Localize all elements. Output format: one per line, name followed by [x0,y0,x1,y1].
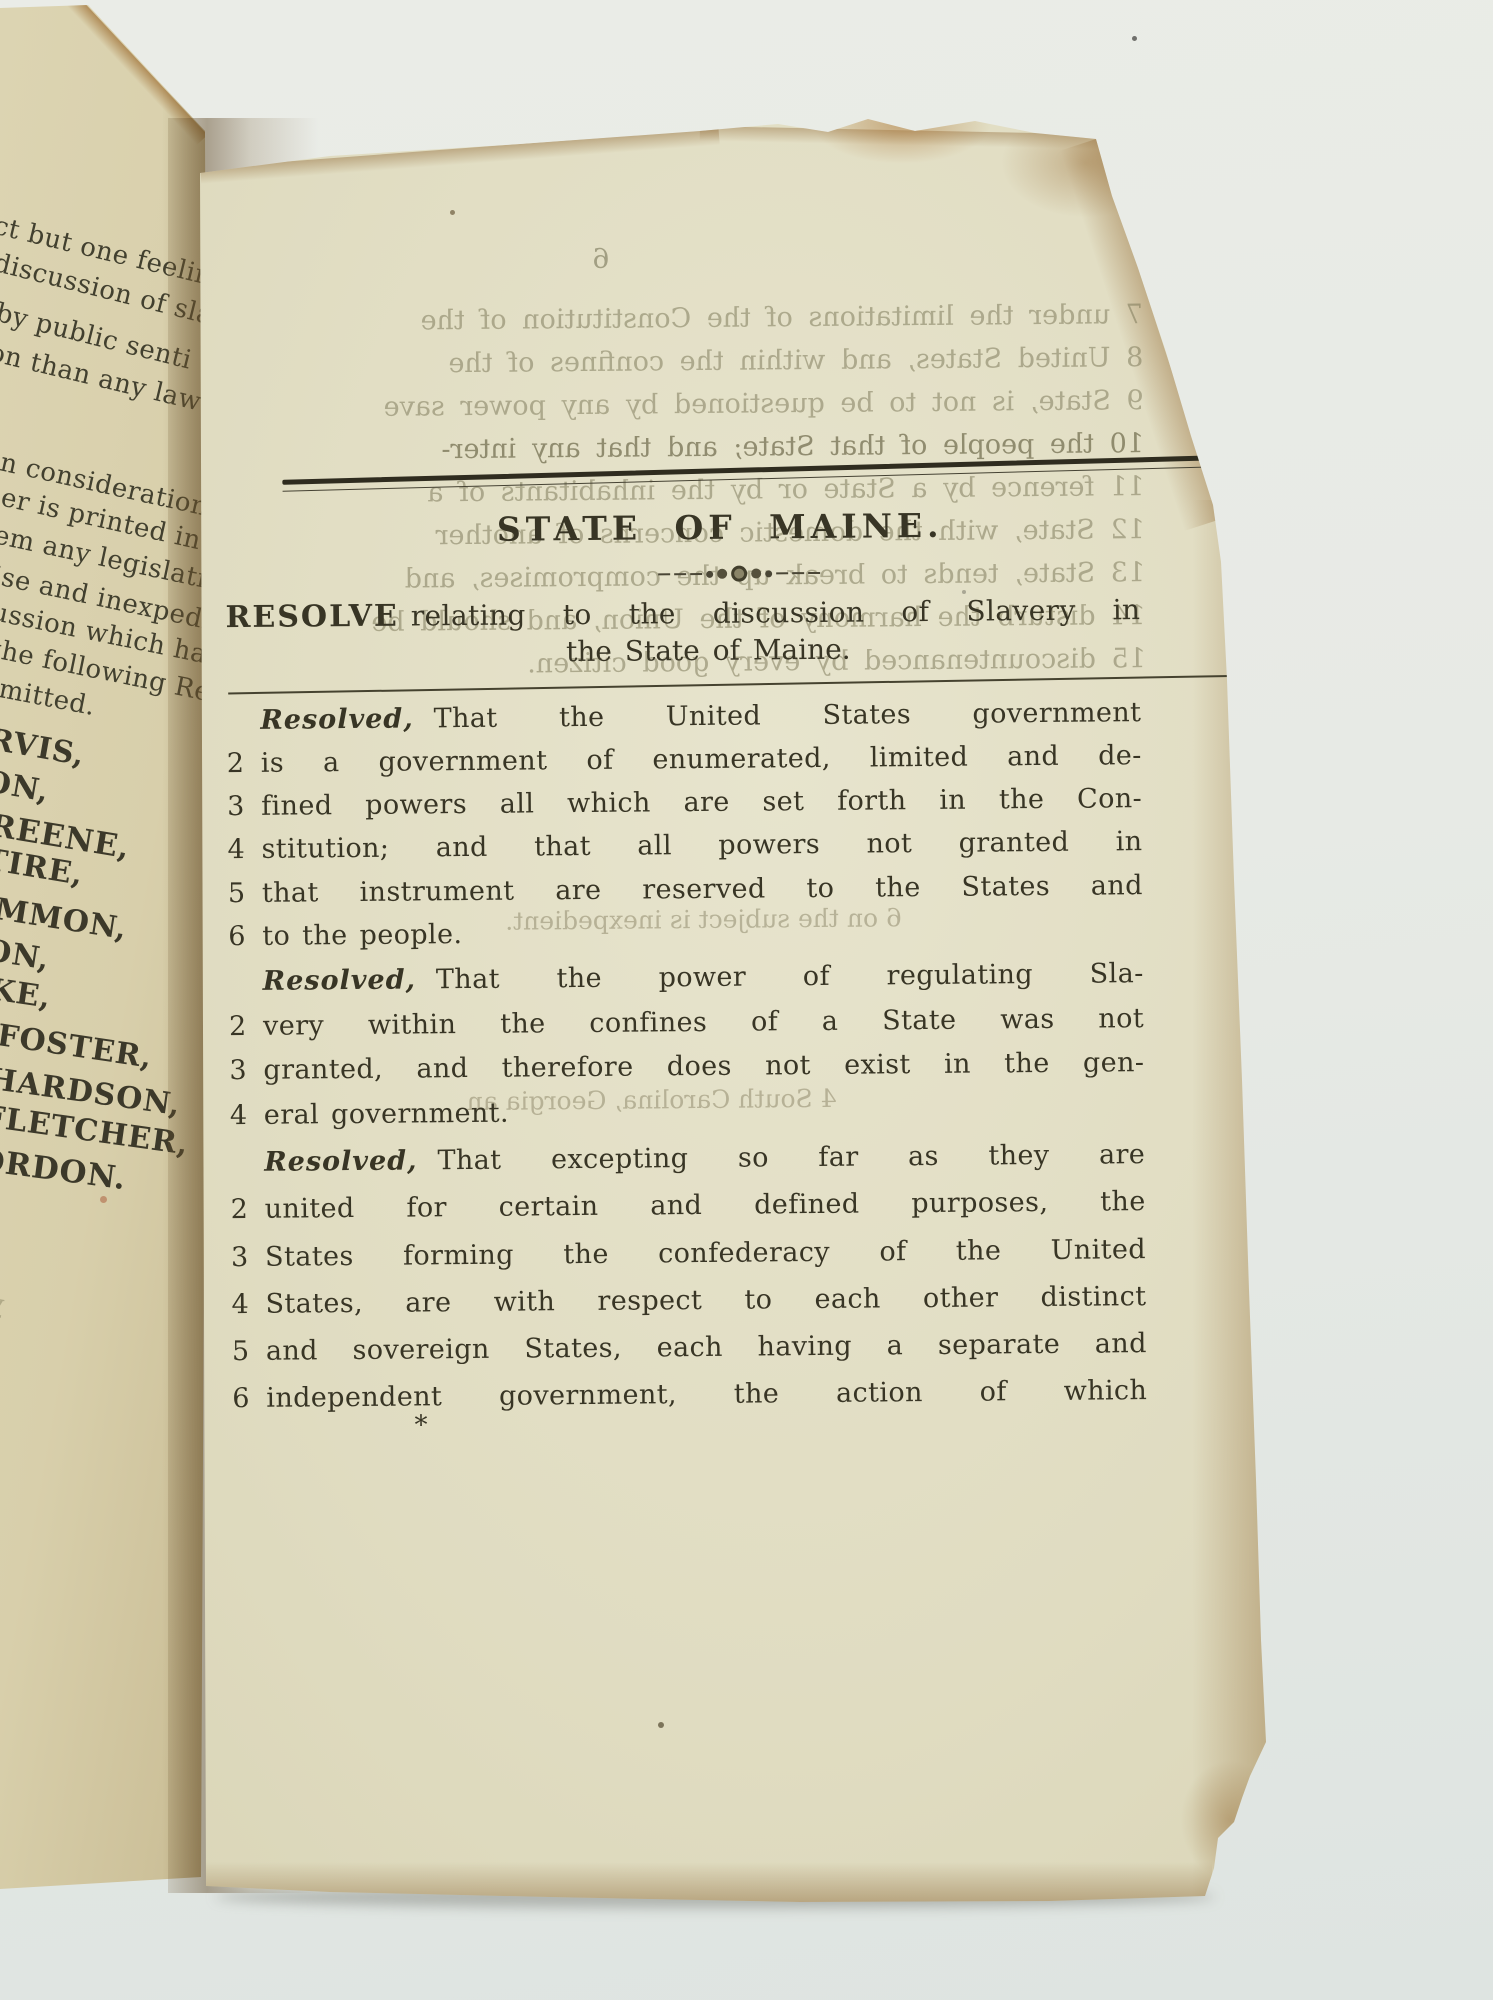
resolution-line: 4 stitution;andthatallpowersnotgrantedin [227,826,1142,865]
resolution-line: 5 andsovereignStates,eachhavingaseparate… [232,1328,1147,1367]
resolved-lead: Resolved, [264,1145,417,1177]
main-page: 6 7 under the limitations of the Constit… [0,0,1493,2000]
resolve-caption-line2: the State of Maine. [251,630,1166,671]
resolution-line: 3 finedpowersallwhicharesetforthintheCon… [227,783,1142,822]
resolved-lead: Resolved, [260,703,413,735]
resolution-line: 6 independentgovernment,theactionofwhich [232,1375,1147,1414]
facing-page-bleed-fragment: y by the [0,1274,6,1318]
signer-name-fragment: ON, [0,933,52,978]
speck [1132,36,1137,41]
resolve-caption-line1: RESOLVE relatingtothediscussionofSlavery… [225,592,1140,635]
signer-name-fragment: RVIS, [0,722,88,773]
photo-of-pamphlet: ject but one feeling discussion of sla e… [0,0,1493,2000]
resolution-line: Resolved, Thatexceptingsofarastheyare [230,1139,1145,1178]
speck [1310,1164,1314,1168]
resolution-line: 6 to the people. [228,913,1143,952]
printed-text-layer: STATE OF MAINE. RESOLVE relatingtothedis… [0,0,1493,2000]
resolution-line: 3 StatesformingtheconfederacyoftheUnited [231,1234,1146,1273]
resolution-line: 4 States,arewithrespecttoeachotherdistin… [231,1281,1146,1320]
thin-rule [228,675,1230,695]
resolve-caption-lead: RESOLVE [225,599,399,636]
double-rule [282,455,1214,491]
resolution-line: 3 granted,andthereforedoesnotexistintheg… [229,1047,1144,1086]
resolution-line: 2 verywithintheconfinesofaStatewasnot [229,1003,1144,1042]
speck [962,590,966,594]
resolve-caption-rest: relatingtothediscussionofSlaveryin [411,593,1141,632]
footnote-asterisk: * [414,1410,427,1440]
section-ornament [281,562,1196,586]
foxing-spot [100,1196,107,1203]
resolved-lead: Resolved, [263,964,416,996]
resolution-line: 2 isagovernmentofenumerated,limitedandde… [227,740,1142,779]
resolution-line: Resolved, ThattheUnitedStatesgovernment [226,697,1141,736]
signer-name-fragment: ON, [0,764,52,810]
resolution-line: 4 eral government. [230,1092,1145,1131]
resolution-line: 2 unitedforcertainanddefinedpurposes,the [231,1186,1146,1225]
resolution-line: 5 thatinstrumentarereservedtotheStatesan… [228,870,1143,909]
page-title: STATE OF MAINE. [263,504,1178,551]
signer-name-fragment: KE, [0,972,54,1016]
resolution-line: Resolved, ThatthepowerofregulatingSla- [229,958,1144,997]
